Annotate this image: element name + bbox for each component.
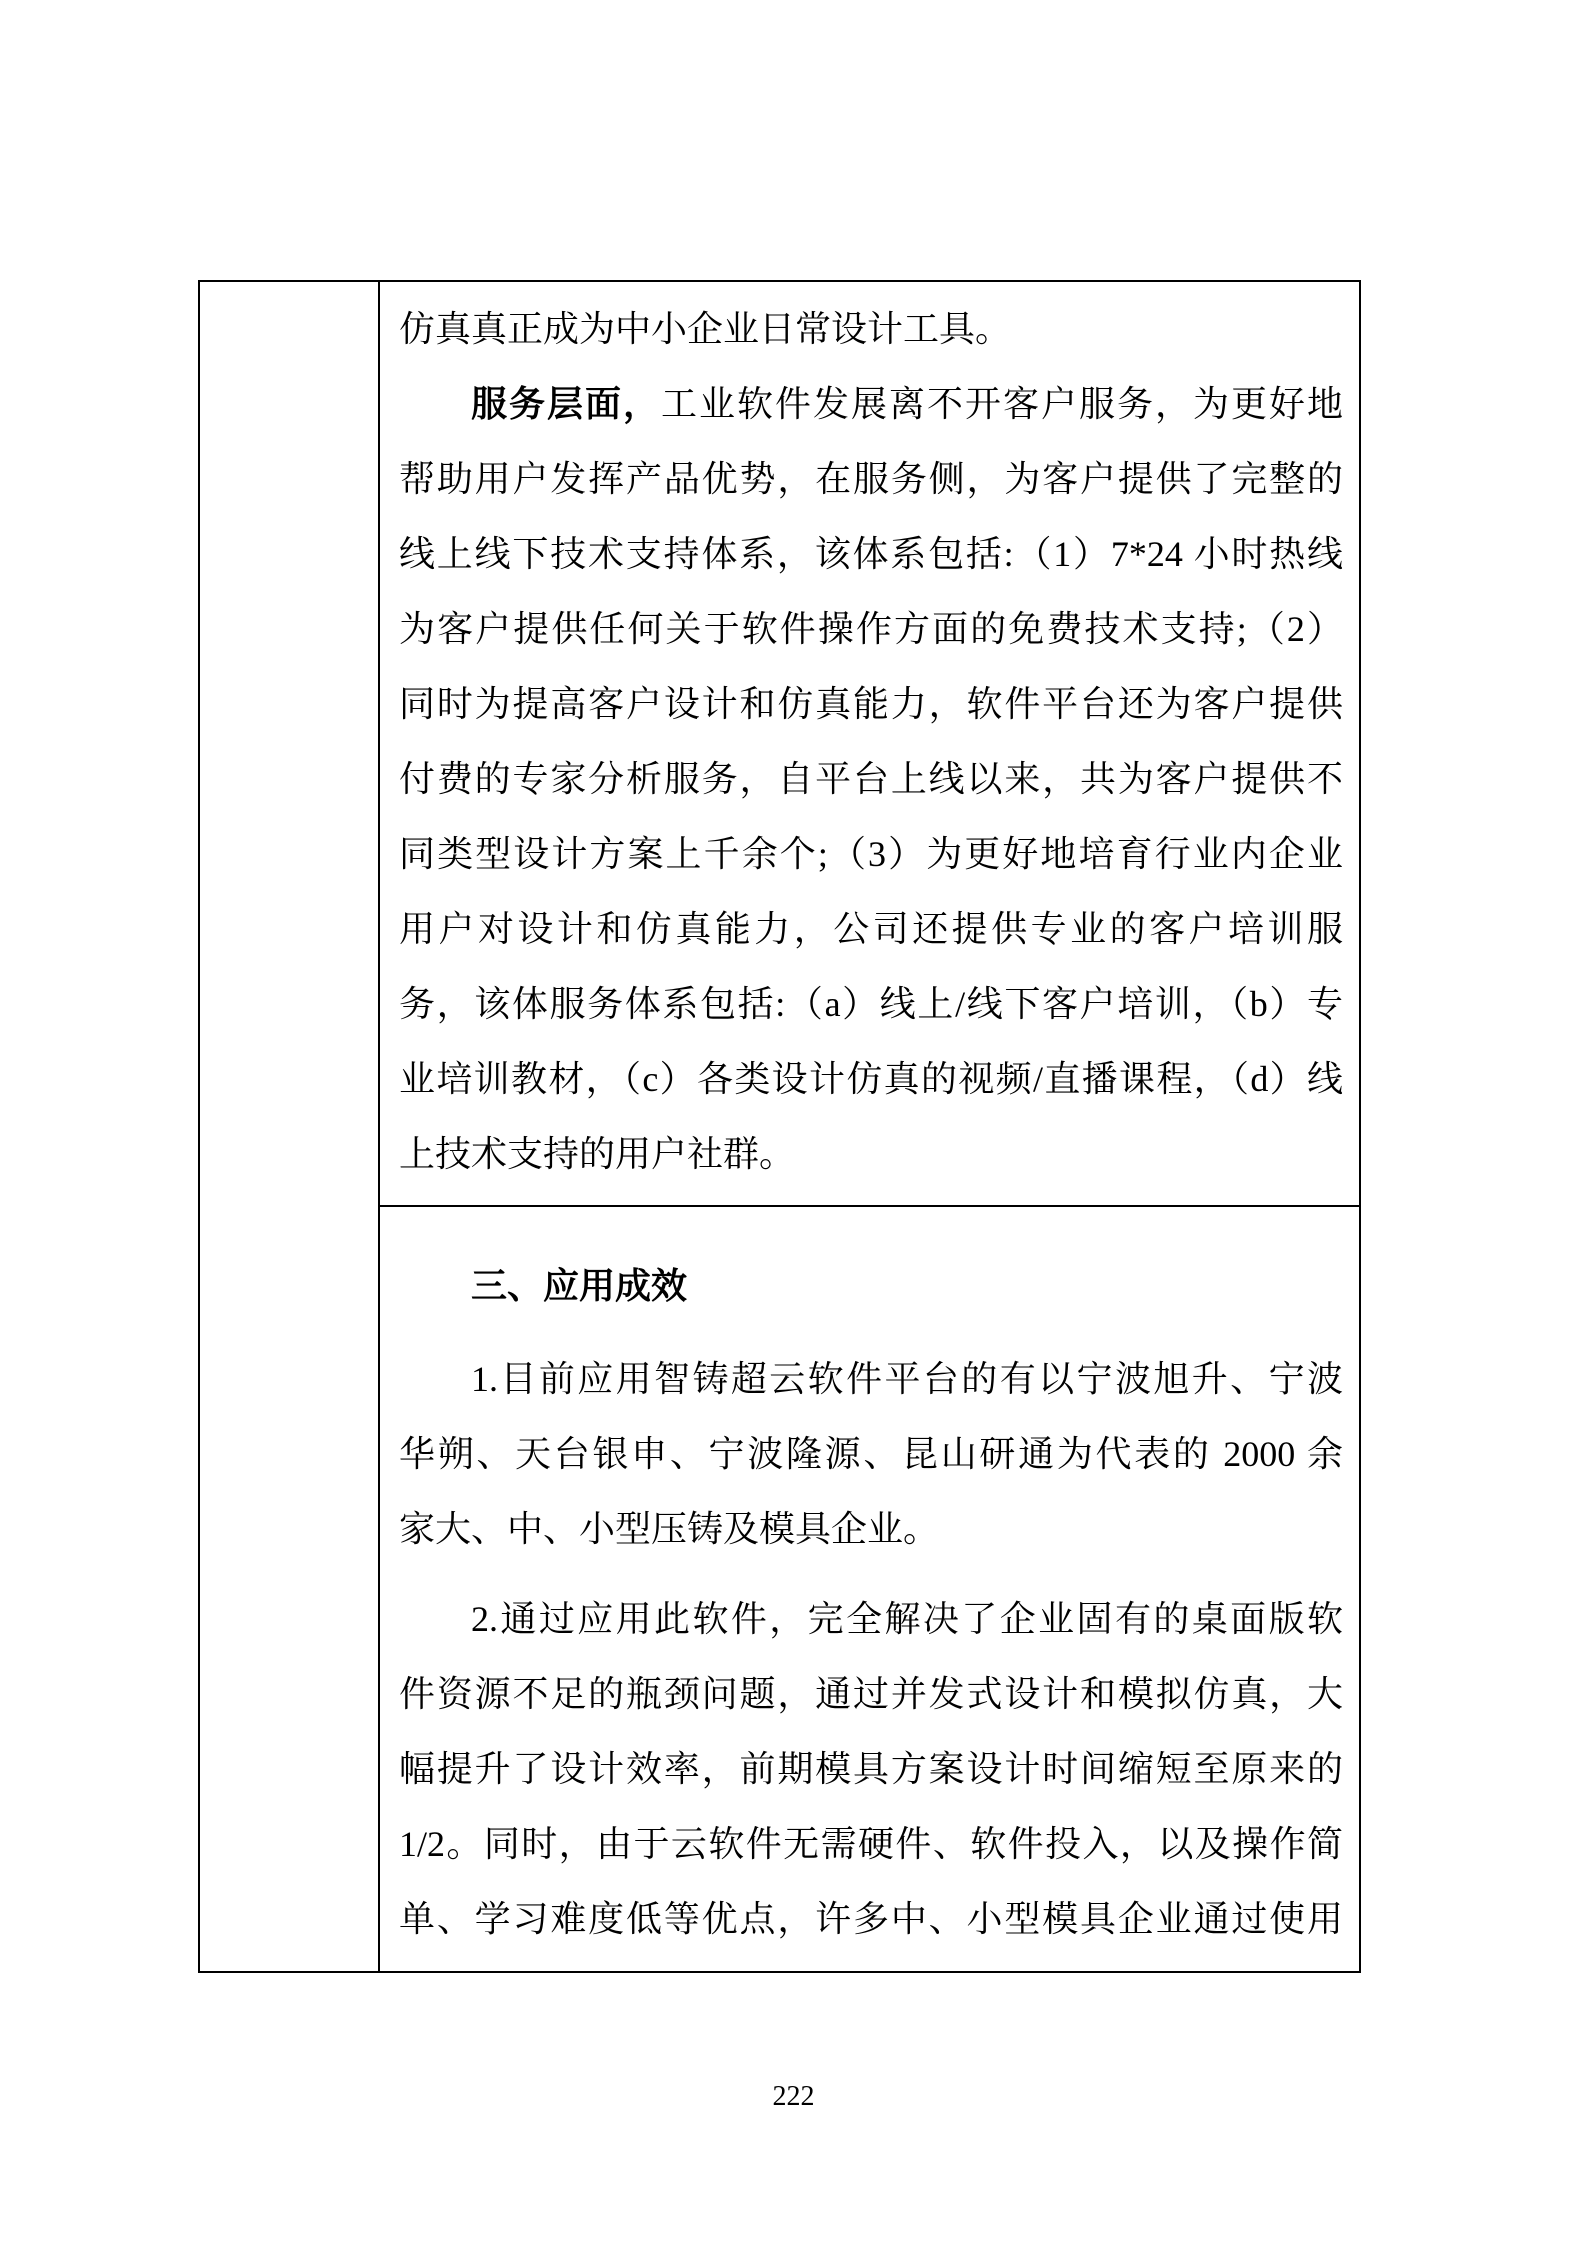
table-left-cell [200, 282, 380, 1971]
text-line: 线上线下技术支持体系，该体系包括:（1）7*24 小时热线 [399, 517, 1343, 592]
text-line: 1/2。同时，由于云软件无需硬件、软件投入，以及操作简 [399, 1807, 1343, 1882]
table-row-service: 仿真真正成为中小企业日常设计工具。服务层面，工业软件发展离不开客户服务，为更好地… [380, 282, 1359, 1207]
section-heading: 三、应用成效 [399, 1249, 1343, 1324]
text-line: 为客户提供任何关于软件操作方面的免费技术支持;（2） [399, 592, 1343, 667]
document-page: 仿真真正成为中小企业日常设计工具。服务层面，工业软件发展离不开客户服务，为更好地… [0, 0, 1587, 2245]
text-line: 2.通过应用此软件，完全解决了企业固有的桌面版软 [399, 1582, 1343, 1657]
text-line: 家大、中、小型压铸及模具企业。 [399, 1492, 1343, 1567]
text-line: 用户对设计和仿真能力，公司还提供专业的客户培训服 [399, 892, 1343, 967]
text-line: 服务层面，工业软件发展离不开客户服务，为更好地 [399, 367, 1343, 442]
table-right-column: 仿真真正成为中小企业日常设计工具。服务层面，工业软件发展离不开客户服务，为更好地… [380, 282, 1359, 1971]
page-number: 222 [0, 2062, 1587, 2132]
text-line: 帮助用户发挥产品优势，在服务侧，为客户提供了完整的 [399, 442, 1343, 517]
text-line: 单、学习难度低等优点，许多中、小型模具企业通过使用 [399, 1882, 1343, 1957]
text-line: 付费的专家分析服务，自平台上线以来，共为客户提供不 [399, 742, 1343, 817]
content-table: 仿真真正成为中小企业日常设计工具。服务层面，工业软件发展离不开客户服务，为更好地… [198, 280, 1361, 1973]
table-row-application-results: 三、应用成效1.目前应用智铸超云软件平台的有以宁波旭升、宁波华朔、天台银申、宁波… [380, 1207, 1359, 1971]
text-line: 同类型设计方案上千余个;（3）为更好地培育行业内企业 [399, 817, 1343, 892]
text-line: 1.目前应用智铸超云软件平台的有以宁波旭升、宁波 [399, 1342, 1343, 1417]
text-line: 件资源不足的瓶颈问题，通过并发式设计和模拟仿真，大 [399, 1657, 1343, 1732]
text-line: 上技术支持的用户社群。 [399, 1117, 1343, 1192]
text-line: 仿真真正成为中小企业日常设计工具。 [399, 292, 1343, 367]
text-line: 务，该体服务体系包括:（a）线上/线下客户培训，（b）专 [399, 967, 1343, 1042]
text-line: 幅提升了设计效率，前期模具方案设计时间缩短至原来的 [399, 1732, 1343, 1807]
text-line: 业培训教材，（c）各类设计仿真的视频/直播课程，（d）线 [399, 1042, 1343, 1117]
text-line: 同时为提高客户设计和仿真能力，软件平台还为客户提供 [399, 667, 1343, 742]
text-line: 华朔、天台银申、宁波隆源、昆山研通为代表的 2000 余 [399, 1417, 1343, 1492]
